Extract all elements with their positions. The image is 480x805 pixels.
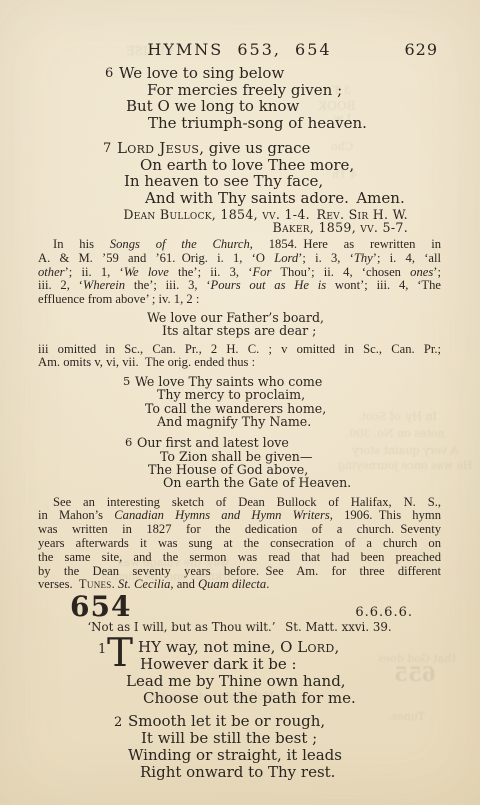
- verse-line: To Zion shall be given—: [137, 450, 441, 463]
- prose-line: iii omitted in Sc., Can. Pr., 2 H. C. ; …: [38, 343, 441, 357]
- attribution: Dean Bullock, 1854, vv. 1-4. Rev. Sir H.…: [38, 208, 441, 234]
- verse-text: Lord Jesus, give us grace: [117, 139, 310, 157]
- prose-line: years afterwards it was sung at the cons…: [38, 537, 441, 551]
- verse-number: 6: [125, 436, 132, 449]
- prose-line: was written in 1827 for the dedication o…: [38, 523, 441, 537]
- orig-stanza-6: 6Our first and latest love To Zion shall…: [137, 436, 441, 489]
- annotation-paragraph-1: In his Songs of the Church, 1854. Here a…: [38, 238, 441, 307]
- verse-number: 5: [123, 375, 130, 388]
- annotation-paragraph-3: See an interesting sketch of Dean Bulloc…: [38, 496, 441, 593]
- verse-number: 7: [103, 141, 111, 158]
- verse-line: 2Smooth let it be or rough,: [128, 713, 441, 730]
- verse-line: Its altar steps are dear ;: [147, 324, 441, 337]
- hymn-654-heading: 654 6.6.6.6.: [38, 592, 441, 622]
- quoted-couplet: We love our Father’s board, Its altar st…: [147, 311, 441, 338]
- page-number: 629: [404, 40, 438, 59]
- verse-line: 5We love Thy saints who come: [135, 375, 441, 388]
- verse-line: On earth to love Thee more,: [117, 157, 441, 174]
- verse-line: It will be still the best ;: [128, 730, 441, 747]
- verse-line: The House of God above,: [137, 463, 441, 476]
- verse-line: 6Our first and latest love: [137, 436, 441, 449]
- attribution-line: Baker, 1859, vv. 5-7.: [38, 221, 408, 234]
- prose-line: Am. omits v, vi, vii. The orig. ended th…: [38, 356, 441, 370]
- verse-line: To call the wanderers home,: [135, 402, 441, 415]
- verse-text: Smooth let it be or rough,: [128, 712, 325, 730]
- stanza-653-7: 7Lord Jesus, give us grace On earth to l…: [117, 140, 441, 206]
- verse-line: HY way, not mine, O Lord,: [98, 639, 441, 656]
- verse-line: The triumph-song of heaven.: [119, 115, 441, 132]
- verse-line: 6We love to sing below: [119, 65, 441, 82]
- verse-line: We love our Father’s board,: [147, 311, 441, 324]
- prose-line: A. & M. ’59 and ’61. Orig. i. 1, ‘O Lord…: [38, 252, 441, 266]
- book-page: PRAISE BOOK 3 T I w Cho 4 Th In Hy. of S…: [0, 0, 480, 805]
- stanza-654-1: 1 T HY way, not mine, O Lord, However da…: [98, 639, 441, 707]
- verse-line: For mercies freely given ;: [119, 82, 441, 99]
- prose-line: in Mahon’s Canadian Hymns and Hymn Write…: [38, 509, 441, 523]
- verse-line: In heaven to see Thy face,: [117, 173, 441, 190]
- verse-line: Right onward to Thy rest.: [128, 764, 441, 781]
- verse-line: Lead me by Thine own hand,: [98, 673, 441, 690]
- orig-stanza-5: 5We love Thy saints who come Thy mercy t…: [135, 375, 441, 428]
- prose-line: iii. 2, ‘Wherein the’; iii. 3, ‘Pours ou…: [38, 279, 441, 293]
- verse-line: 7Lord Jesus, give us grace: [117, 140, 441, 157]
- running-head-title: HYMNS 653, 654: [147, 40, 331, 59]
- prose-line: See an interesting sketch of Dean Bulloc…: [38, 496, 441, 510]
- text-column: HYMNS 653, 654 629 6We love to sing belo…: [0, 0, 480, 781]
- hymn-number: 654: [70, 590, 131, 623]
- verse-number: 6: [105, 66, 113, 83]
- verse-number: 1: [98, 641, 106, 658]
- hymn-meter: 6.6.6.6.: [355, 605, 413, 620]
- prose-line: effluence from above’ ; iv. 1, 2 :: [38, 293, 441, 307]
- stanza-653-6: 6We love to sing below For mercies freel…: [119, 65, 441, 131]
- prose-line: other’; ii. 1, ‘We love the’; ii. 3, ‘Fo…: [38, 266, 441, 280]
- verse-line: And with Thy saints adore. Amen.: [117, 190, 441, 207]
- verse-line: But O we long to know: [119, 98, 441, 115]
- verse-line: And magnify Thy Name.: [135, 415, 441, 428]
- verse-line: Choose out the path for me.: [98, 690, 441, 707]
- verse-text: We love to sing below: [119, 64, 284, 82]
- drop-cap: T: [107, 637, 133, 671]
- verse-line: On earth the Gate of Heaven.: [137, 476, 441, 489]
- prose-line: by the Dean seventy years before. See Am…: [38, 565, 441, 579]
- stanza-654-2: 2Smooth let it be or rough, It will be s…: [128, 713, 441, 781]
- verse-line: However dark it be :: [98, 656, 441, 673]
- prose-line: In his Songs of the Church, 1854. Here a…: [38, 238, 441, 252]
- running-head: HYMNS 653, 654 629: [38, 40, 441, 58]
- verse-line: Thy mercy to proclaim,: [135, 388, 441, 401]
- annotation-paragraph-2: iii omitted in Sc., Can. Pr., 2 H. C. ; …: [38, 343, 441, 371]
- verse-number: 2: [114, 714, 122, 731]
- prose-line: the same site, and the sermon was read t…: [38, 551, 441, 565]
- verse-line: Winding or straight, it leads: [128, 747, 441, 764]
